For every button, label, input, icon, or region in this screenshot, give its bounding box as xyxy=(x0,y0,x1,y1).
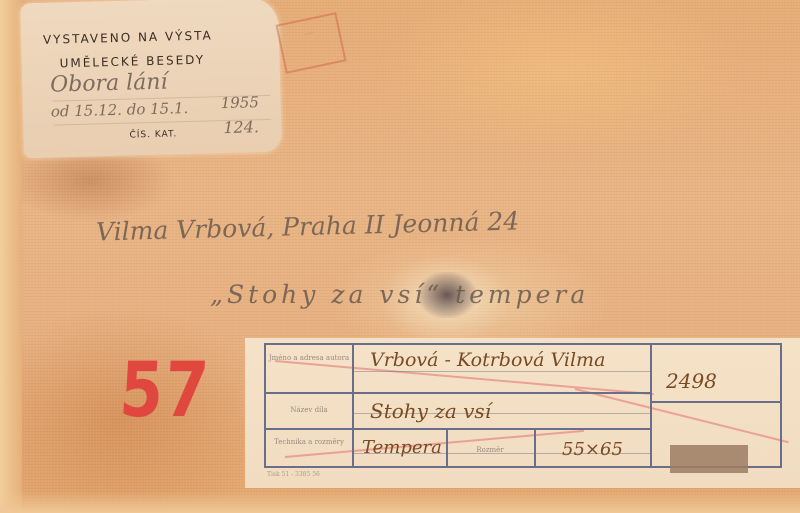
card-stain xyxy=(670,445,748,473)
card-footer: Tisk 51 - 3385 56 xyxy=(267,471,320,478)
card-label-size: Rozměr xyxy=(446,445,534,455)
catalogue-number-label: ČÍS. KAT. xyxy=(129,129,177,140)
grid-line xyxy=(534,428,536,466)
card-label-technique: Technika a rozměry xyxy=(266,437,352,447)
card-label-author: Jméno a adresa autora xyxy=(266,353,352,363)
grid-line xyxy=(352,345,354,466)
exhibition-dates: od 15.12. do 15.1. xyxy=(51,99,189,121)
stretcher-edge-left xyxy=(0,0,22,513)
exhibition-label: VYSTAVENO NA VÝSTA UMĚLECKÉ BESEDY Obora… xyxy=(20,0,282,158)
grid-rule xyxy=(352,371,650,372)
grid-line xyxy=(650,345,652,466)
card-value-title: Stohy za vsí xyxy=(370,399,491,423)
card-value-inventory: 2498 xyxy=(666,369,717,393)
pencil-inscription-title: „Stohy za vsí“ tempera xyxy=(210,280,589,309)
stretcher-edge-bottom xyxy=(0,491,800,513)
card-value-author: Vrbová - Kotrbová Vilma xyxy=(370,349,605,371)
card-value-size: 55×65 xyxy=(562,439,623,460)
card-label-title: Název díla xyxy=(266,405,352,415)
canvas-back: VYSTAVENO NA VÝSTA UMĚLECKÉ BESEDY Obora… xyxy=(0,0,800,513)
red-inventory-number: 57 xyxy=(117,345,212,434)
grid-line xyxy=(266,428,650,430)
exhibition-label-line-1: VYSTAVENO NA VÝSTA xyxy=(43,28,213,46)
grid-line xyxy=(266,392,650,394)
card-value-technique: Tempera xyxy=(362,437,442,458)
exhibition-label-line-2: UMĚLECKÉ BESEDY xyxy=(59,53,205,71)
catalogue-card: Jméno a adresa autora Název díla Technik… xyxy=(245,338,800,488)
exhibition-year: 1955 xyxy=(220,93,259,112)
catalogue-number: 124. xyxy=(223,117,259,137)
exhibition-title-handwritten: Obora lání xyxy=(50,70,168,98)
grid-line xyxy=(650,401,782,403)
